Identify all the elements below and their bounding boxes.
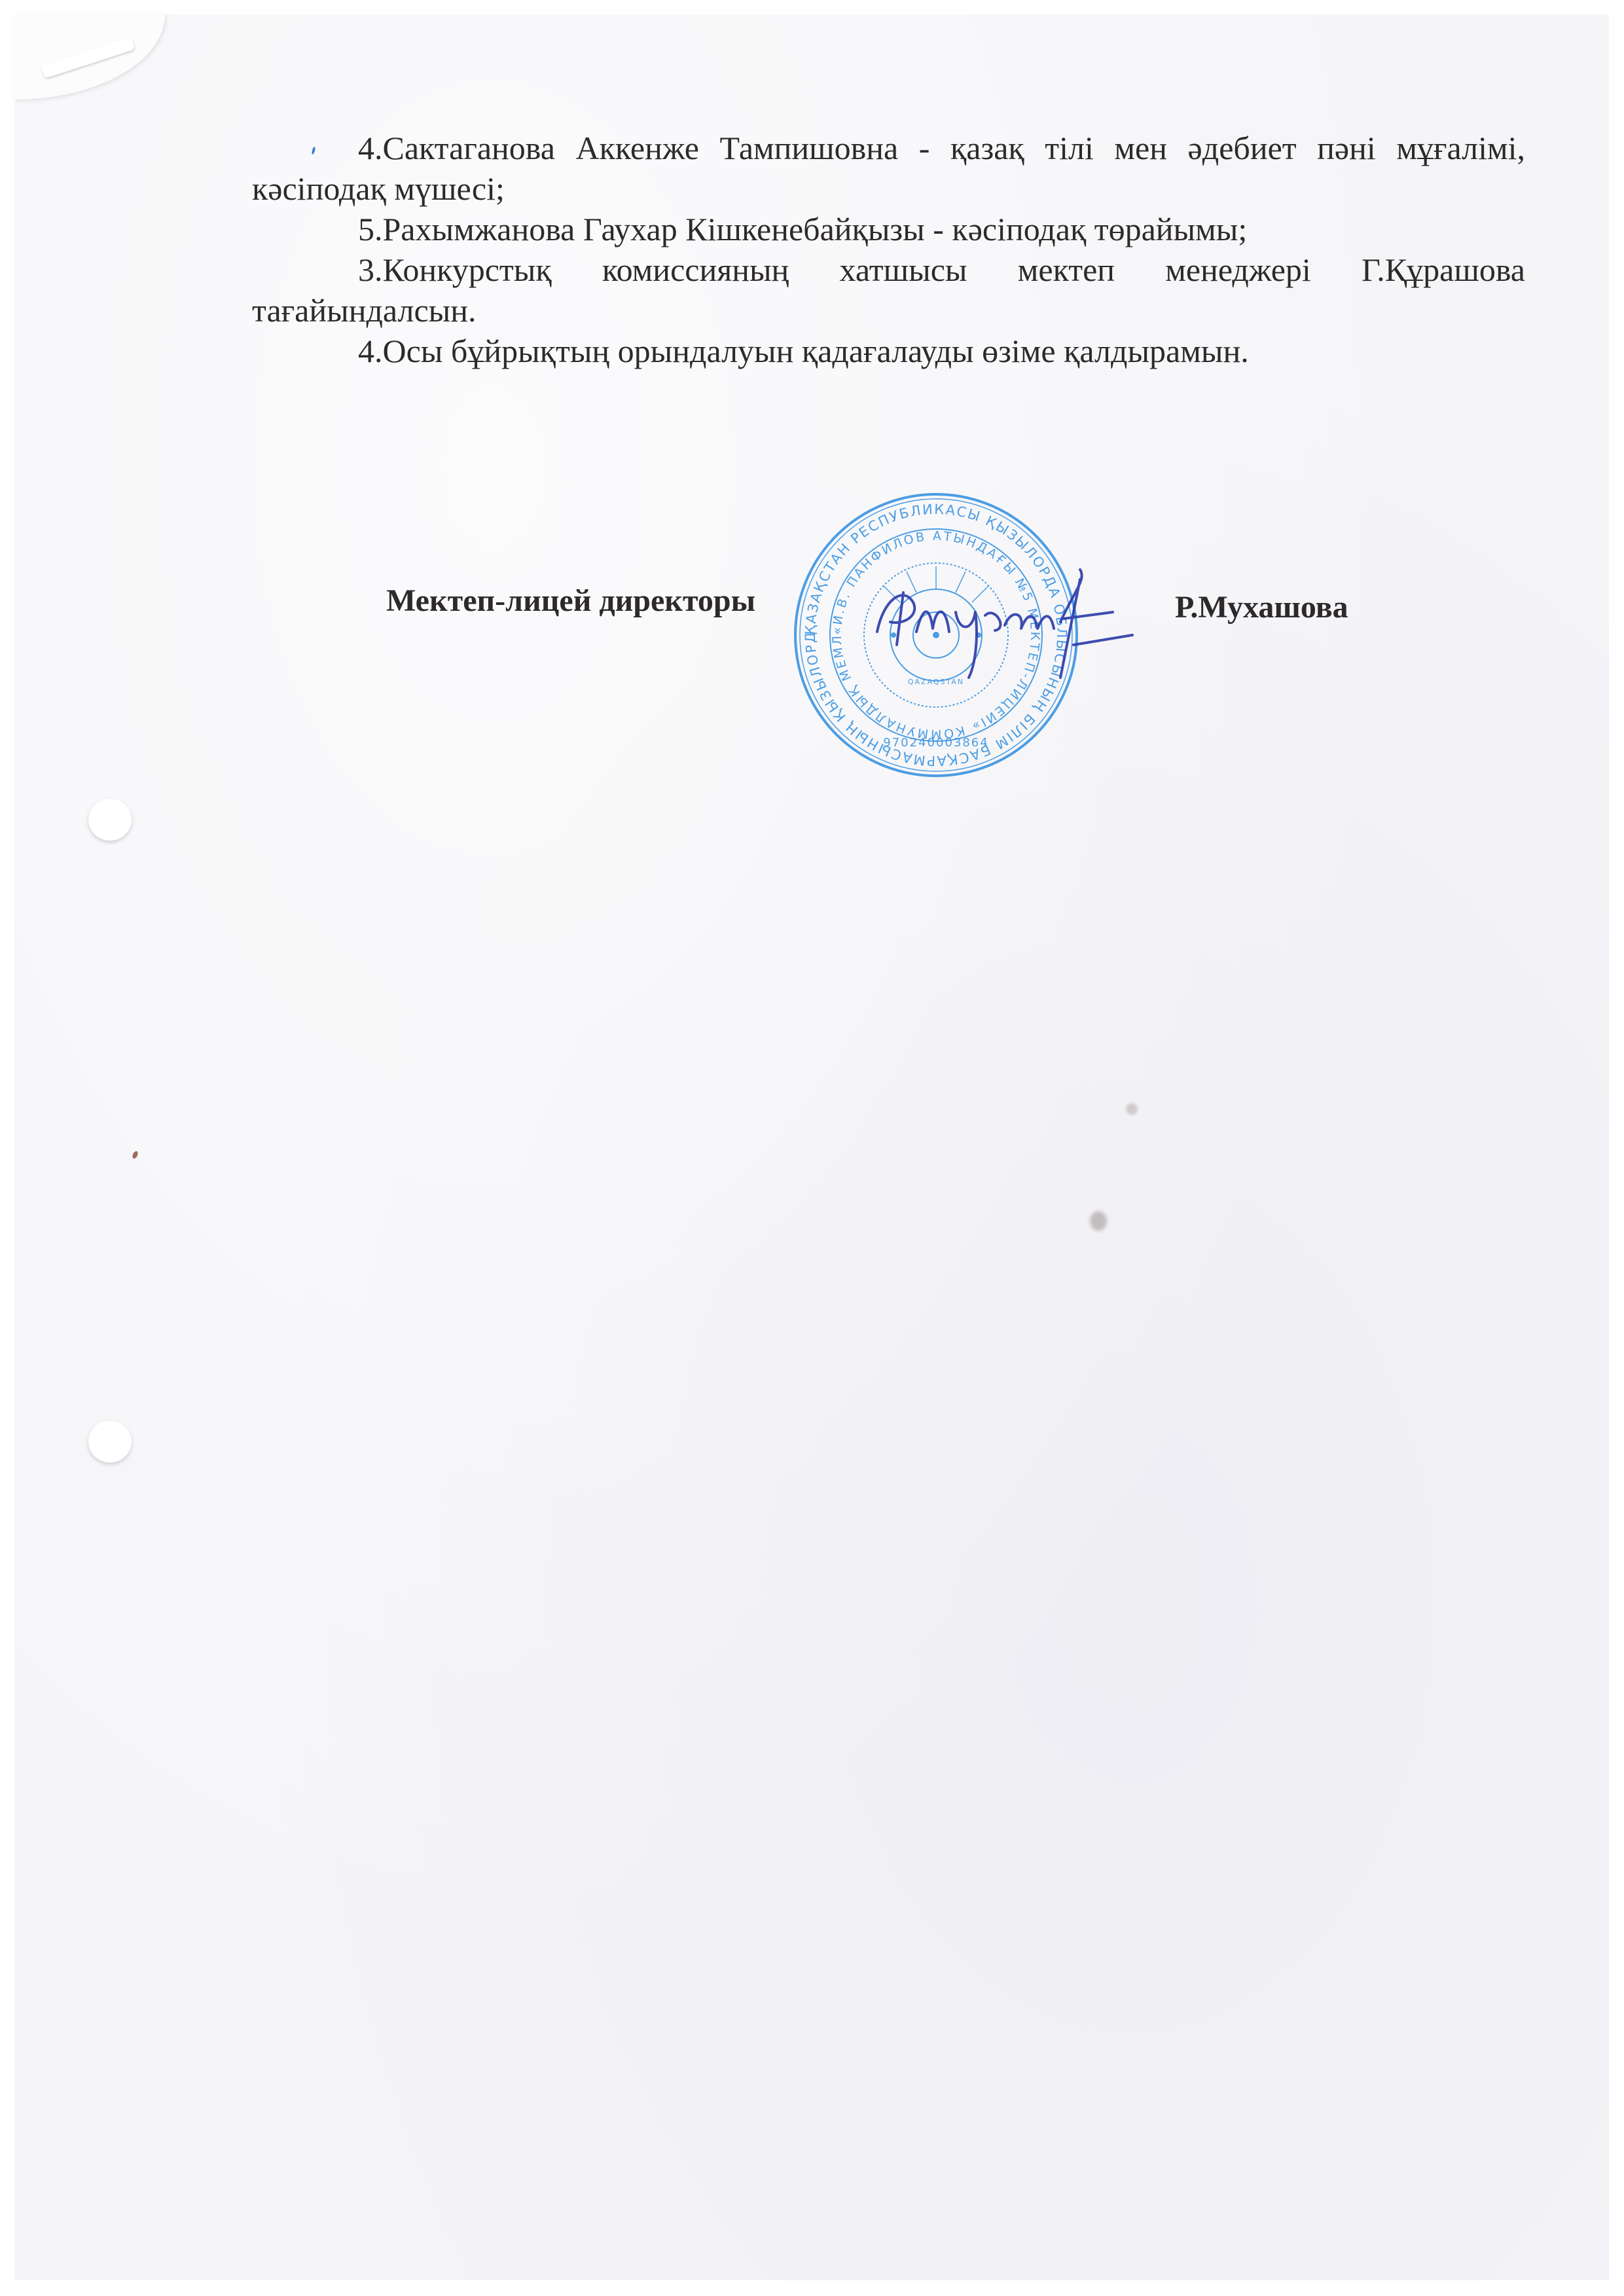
stain-mark bbox=[1090, 1211, 1107, 1231]
punch-hole-top bbox=[88, 799, 132, 841]
punch-hole-bottom bbox=[88, 1421, 132, 1463]
director-name: Р.Мухашова bbox=[1175, 589, 1348, 625]
paragraph-member-4: 4.Сактаганова Аккенже Тампишовна - қазақ… bbox=[252, 128, 1525, 209]
document-body: 4.Сактаганова Аккенже Тампишовна - қазақ… bbox=[252, 128, 1525, 371]
paragraph-oversight: 4.Осы бұйрықтың орындалуын қадағалауды ө… bbox=[252, 331, 1525, 371]
paragraph-secretary-appointment: 3.Конкурстық комиссияның хатшысы мектеп … bbox=[252, 249, 1525, 331]
svg-text:970240003864: 970240003864 bbox=[883, 736, 988, 750]
paragraph-member-5: 5.Рахымжанова Гаухар Кішкенебайқызы - кә… bbox=[252, 209, 1525, 249]
director-title: Мектеп-лицей директоры bbox=[386, 583, 755, 619]
stain-mark bbox=[1126, 1103, 1138, 1115]
handwritten-signature-icon bbox=[864, 553, 1191, 684]
signature-row: Мектеп-лицей директоры Р.Мухашова bbox=[0, 583, 1624, 635]
